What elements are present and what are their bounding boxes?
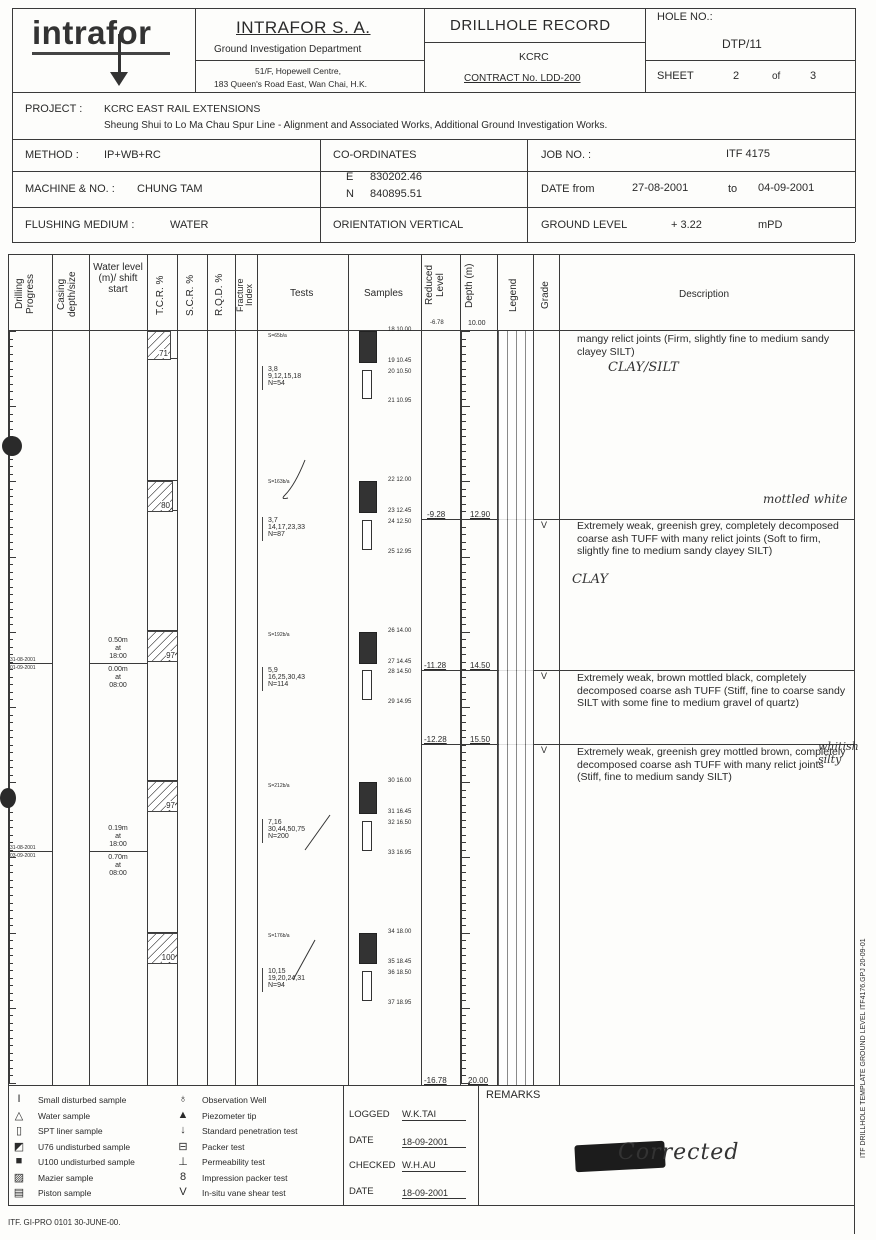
- sample-label: 22 12.00: [388, 477, 411, 483]
- start-reduced-level: -6.78: [430, 320, 444, 326]
- sample-label: 37 18.95: [388, 1000, 411, 1006]
- piston-sample-icon: ▤: [12, 1186, 26, 1199]
- project-title: KCRC EAST RAIL EXTENSIONS: [104, 103, 260, 115]
- sample-label: 25 12.95: [388, 549, 411, 555]
- spt-liner-sample-icon: [362, 370, 372, 400]
- ground-level: + 3.22: [671, 219, 702, 231]
- drill-marker: [2, 436, 22, 456]
- u100-sample-icon: [359, 331, 377, 363]
- contract-no: CONTRACT No. LDD-200: [464, 73, 581, 84]
- standard-penetration-test-icon: ↓: [176, 1124, 190, 1136]
- checked-by: W.H.AU: [402, 1160, 466, 1172]
- method-label: METHOD :: [25, 149, 79, 161]
- logged-label: LOGGED: [349, 1109, 390, 1120]
- mazier-sample-icon: ▨: [12, 1171, 26, 1184]
- sheet-total: 3: [810, 70, 816, 82]
- stratum-reduced-level: -9.28: [427, 510, 445, 519]
- address-line1: 51/F, Hopewell Centre,: [255, 66, 341, 76]
- stratum-depth: 15.50: [470, 735, 490, 744]
- u100-sample-icon: [359, 632, 377, 664]
- depth-tick: [461, 857, 470, 858]
- col-water-level: Water level (m)/ shift start: [92, 262, 144, 295]
- col-legend: Legend: [508, 270, 522, 320]
- sample-label: 35 18.45: [388, 959, 411, 965]
- drill-marker: [0, 788, 16, 808]
- side-template-note: ITF DRILLHOLE TEMPLATE GROUND LEVEL ITF4…: [858, 898, 870, 1198]
- job-label: JOB NO. :: [541, 149, 591, 161]
- sample-label: 29 14.95: [388, 699, 411, 705]
- piezometer-tip-icon: ▲: [176, 1109, 190, 1121]
- depth-tick: [461, 632, 470, 633]
- key-label: Standard penetration test: [202, 1126, 297, 1136]
- key-label: U76 undisturbed sample: [38, 1142, 130, 1152]
- water-level-entry: 0.19mat18:00: [90, 825, 146, 849]
- hole-no: DTP/11: [722, 37, 762, 51]
- stratum-reduced-level: -11.28: [424, 661, 446, 670]
- sample-label: 30 16.00: [388, 778, 411, 784]
- spt-liner-sample-icon: [362, 971, 372, 1001]
- spt-liner-sample-icon: ▯: [12, 1124, 26, 1137]
- small-disturbed-sample-icon: I: [12, 1093, 26, 1105]
- stratum-reduced-level: -12.28: [424, 735, 447, 744]
- description-text: Extremely weak, greenish grey mottled br…: [577, 746, 847, 784]
- col-tcr: T.C.R. %: [155, 270, 169, 320]
- water-level-entry: 0.00mat08:00: [90, 666, 146, 690]
- handwritten-margin-note: mottled white: [763, 492, 847, 506]
- water-level-entry: 0.70mat08:00: [90, 854, 146, 878]
- test-entry: S=65b/a: [268, 333, 287, 339]
- depth-tick: [461, 933, 470, 934]
- record-title: DRILLHOLE RECORD: [450, 17, 611, 34]
- logo-text: intrafor: [32, 14, 152, 52]
- date-from: 27-08-2001: [632, 182, 688, 194]
- handwritten-strokes: [255, 440, 355, 1000]
- sheet-label: SHEET: [657, 70, 694, 82]
- handwritten-margin-note: whitish silty: [818, 740, 868, 766]
- depth-tick: [461, 782, 470, 783]
- remarks-handwriting: Corrected: [618, 1140, 739, 1165]
- u100-sample-icon: [359, 782, 377, 814]
- sample-label: 26 14.00: [388, 628, 411, 634]
- handwritten-annotation: CLAY/SILT: [608, 360, 679, 375]
- sheet-of: of: [772, 71, 780, 82]
- handwritten-annotation: CLAY: [572, 572, 608, 587]
- flushing-value: WATER: [170, 219, 209, 231]
- water-level-entry: 0.50mat18:00: [90, 637, 146, 661]
- packer-test-icon: ⊟: [176, 1140, 190, 1153]
- method-value: IP+WB+RC: [104, 149, 161, 161]
- depth-tick: [461, 481, 470, 482]
- sample-label: 27 14.45: [388, 659, 411, 665]
- start-depth: 10.00: [468, 320, 486, 327]
- grade-mark: V: [541, 520, 547, 530]
- date-from-label: DATE from: [541, 183, 595, 195]
- sample-label: 19 10.45: [388, 358, 411, 364]
- northing-label: N: [346, 188, 354, 200]
- northing-value: 840895.51: [370, 188, 422, 200]
- tcr-bar: 80: [147, 481, 173, 512]
- sample-label: 21 10.95: [388, 398, 411, 404]
- spt-test: 3,89,12,15,18N=54: [262, 366, 301, 390]
- sample-label: 33 16.95: [388, 850, 411, 856]
- spt-liner-sample-icon: [362, 821, 372, 851]
- date-to-label: to: [728, 183, 737, 195]
- sample-label: 18 10.00: [388, 327, 411, 333]
- spt-liner-sample-icon: [362, 670, 372, 700]
- depth-tick: [461, 1008, 470, 1009]
- logged-by: W.K.TAI: [402, 1109, 466, 1121]
- observation-well-icon: ♁: [176, 1093, 190, 1105]
- depth-tick: [461, 331, 470, 332]
- col-rqd: R.Q.D. %: [214, 270, 228, 320]
- date-logged: 18-09-2001: [402, 1137, 466, 1148]
- key-label: Packer test: [202, 1142, 245, 1152]
- checked-label: CHECKED: [349, 1160, 395, 1171]
- col-scr: S.C.R. %: [185, 270, 199, 320]
- tcr-bar: 97: [147, 631, 178, 662]
- u100-sample-icon: ■: [12, 1155, 26, 1167]
- orientation: ORIENTATION VERTICAL: [333, 219, 463, 231]
- key-label: Mazier sample: [38, 1173, 93, 1183]
- job-no: ITF 4175: [726, 148, 770, 160]
- description-text: mangy relict joints (Firm, slightly fine…: [577, 333, 847, 358]
- easting-value: 830202.46: [370, 171, 422, 183]
- project-label: PROJECT :: [25, 103, 82, 115]
- depth-tick: [461, 557, 470, 558]
- client: KCRC: [519, 51, 549, 63]
- col-tests: Tests: [290, 288, 313, 299]
- stratum-depth: 12.90: [470, 510, 490, 519]
- col-casing: Casing depth/size: [56, 262, 86, 326]
- col-samples: Samples: [364, 288, 403, 299]
- col-reduced-level: Reduced Level: [424, 260, 456, 310]
- key-label: Small disturbed sample: [38, 1095, 126, 1105]
- legend-pattern: [498, 331, 534, 1085]
- machine-value: CHUNG TAM: [137, 183, 203, 195]
- permeability-test-icon: ⊥: [176, 1155, 190, 1168]
- sample-label: 36 18.50: [388, 970, 411, 976]
- col-drilling-progress: Drilling Progress: [14, 262, 46, 326]
- hole-no-label: HOLE NO.:: [657, 11, 713, 23]
- key-label: Permeability test: [202, 1157, 265, 1167]
- sample-label: 28 14.50: [388, 669, 411, 675]
- key-label: Water sample: [38, 1111, 90, 1121]
- water-sample-icon: △: [12, 1109, 26, 1122]
- project-subtitle: Sheung Shui to Lo Ma Chau Spur Line - Al…: [104, 120, 607, 131]
- tcr-bar: 100: [147, 933, 178, 964]
- key-label: U100 undisturbed sample: [38, 1157, 135, 1167]
- date-to: 04-09-2001: [758, 182, 814, 194]
- key-label: Piston sample: [38, 1188, 91, 1198]
- depth-tick: [8, 1083, 16, 1084]
- coords-label: CO-ORDINATES: [333, 149, 417, 161]
- company-logo: intrafor: [30, 14, 180, 90]
- description-text: Extremely weak, brown mottled black, com…: [577, 672, 847, 710]
- key-label: Impression packer test: [202, 1173, 288, 1183]
- company-name: INTRAFOR S. A.: [236, 18, 371, 38]
- stratum-reduced-level: -16.78: [424, 1076, 447, 1085]
- col-fracture: Fracture Index: [236, 270, 256, 320]
- ground-level-label: GROUND LEVEL: [541, 219, 627, 231]
- flushing-label: FLUSHING MEDIUM :: [25, 219, 134, 231]
- sample-label: 34 18.00: [388, 929, 411, 935]
- sample-label: 24 12.50: [388, 519, 411, 525]
- impression-packer-test-icon: 8: [176, 1171, 190, 1183]
- logo-arrow-icon: [118, 34, 121, 76]
- tcr-bar: 97: [147, 781, 178, 812]
- date-checked: 18-09-2001: [402, 1188, 466, 1199]
- key-label: Observation Well: [202, 1095, 267, 1105]
- sample-label: 23 12.45: [388, 508, 411, 514]
- address-line2: 183 Queen's Road East, Wan Chai, H.K.: [214, 79, 367, 89]
- sample-label: 31 16.45: [388, 809, 411, 815]
- machine-label: MACHINE & NO. :: [25, 183, 115, 195]
- department: Ground Investigation Department: [214, 44, 361, 55]
- stratum-depth: 14.50: [470, 661, 490, 670]
- key-label: In-situ vane shear test: [202, 1188, 286, 1198]
- sheet-no: 2: [733, 70, 739, 82]
- spt-liner-sample-icon: [362, 520, 372, 550]
- in-situ-vane-shear-test-icon: V: [176, 1186, 190, 1198]
- col-depth: Depth (m): [464, 262, 492, 310]
- sample-label: 32 16.50: [388, 820, 411, 826]
- depth-tick: [461, 707, 470, 708]
- remarks-label: REMARKS: [486, 1089, 540, 1101]
- date-logged-label: DATE: [349, 1135, 374, 1146]
- stratum-depth: 20.00: [468, 1076, 488, 1085]
- u100-sample-icon: [359, 933, 377, 965]
- form-reference: ITF. GI-PRO 0101 30-JUNE-00.: [8, 1218, 120, 1227]
- u76-sample-icon: ◩: [12, 1140, 26, 1153]
- grade-mark: V: [541, 671, 547, 681]
- date-checked-label: DATE: [349, 1186, 374, 1197]
- ground-level-unit: mPD: [758, 219, 782, 231]
- tcr-bar: 71: [147, 331, 171, 360]
- u100-sample-icon: [359, 481, 377, 513]
- key-label: SPT liner sample: [38, 1126, 103, 1136]
- easting-label: E: [346, 171, 353, 183]
- key-label: Piezometer tip: [202, 1111, 256, 1121]
- grade-mark: V: [541, 745, 547, 755]
- col-grade: Grade: [540, 275, 554, 315]
- description-text: Extremely weak, greenish grey, completel…: [577, 520, 847, 558]
- col-description: Description: [679, 289, 729, 300]
- depth-tick: [461, 406, 470, 407]
- sample-label: 20 10.50: [388, 369, 411, 375]
